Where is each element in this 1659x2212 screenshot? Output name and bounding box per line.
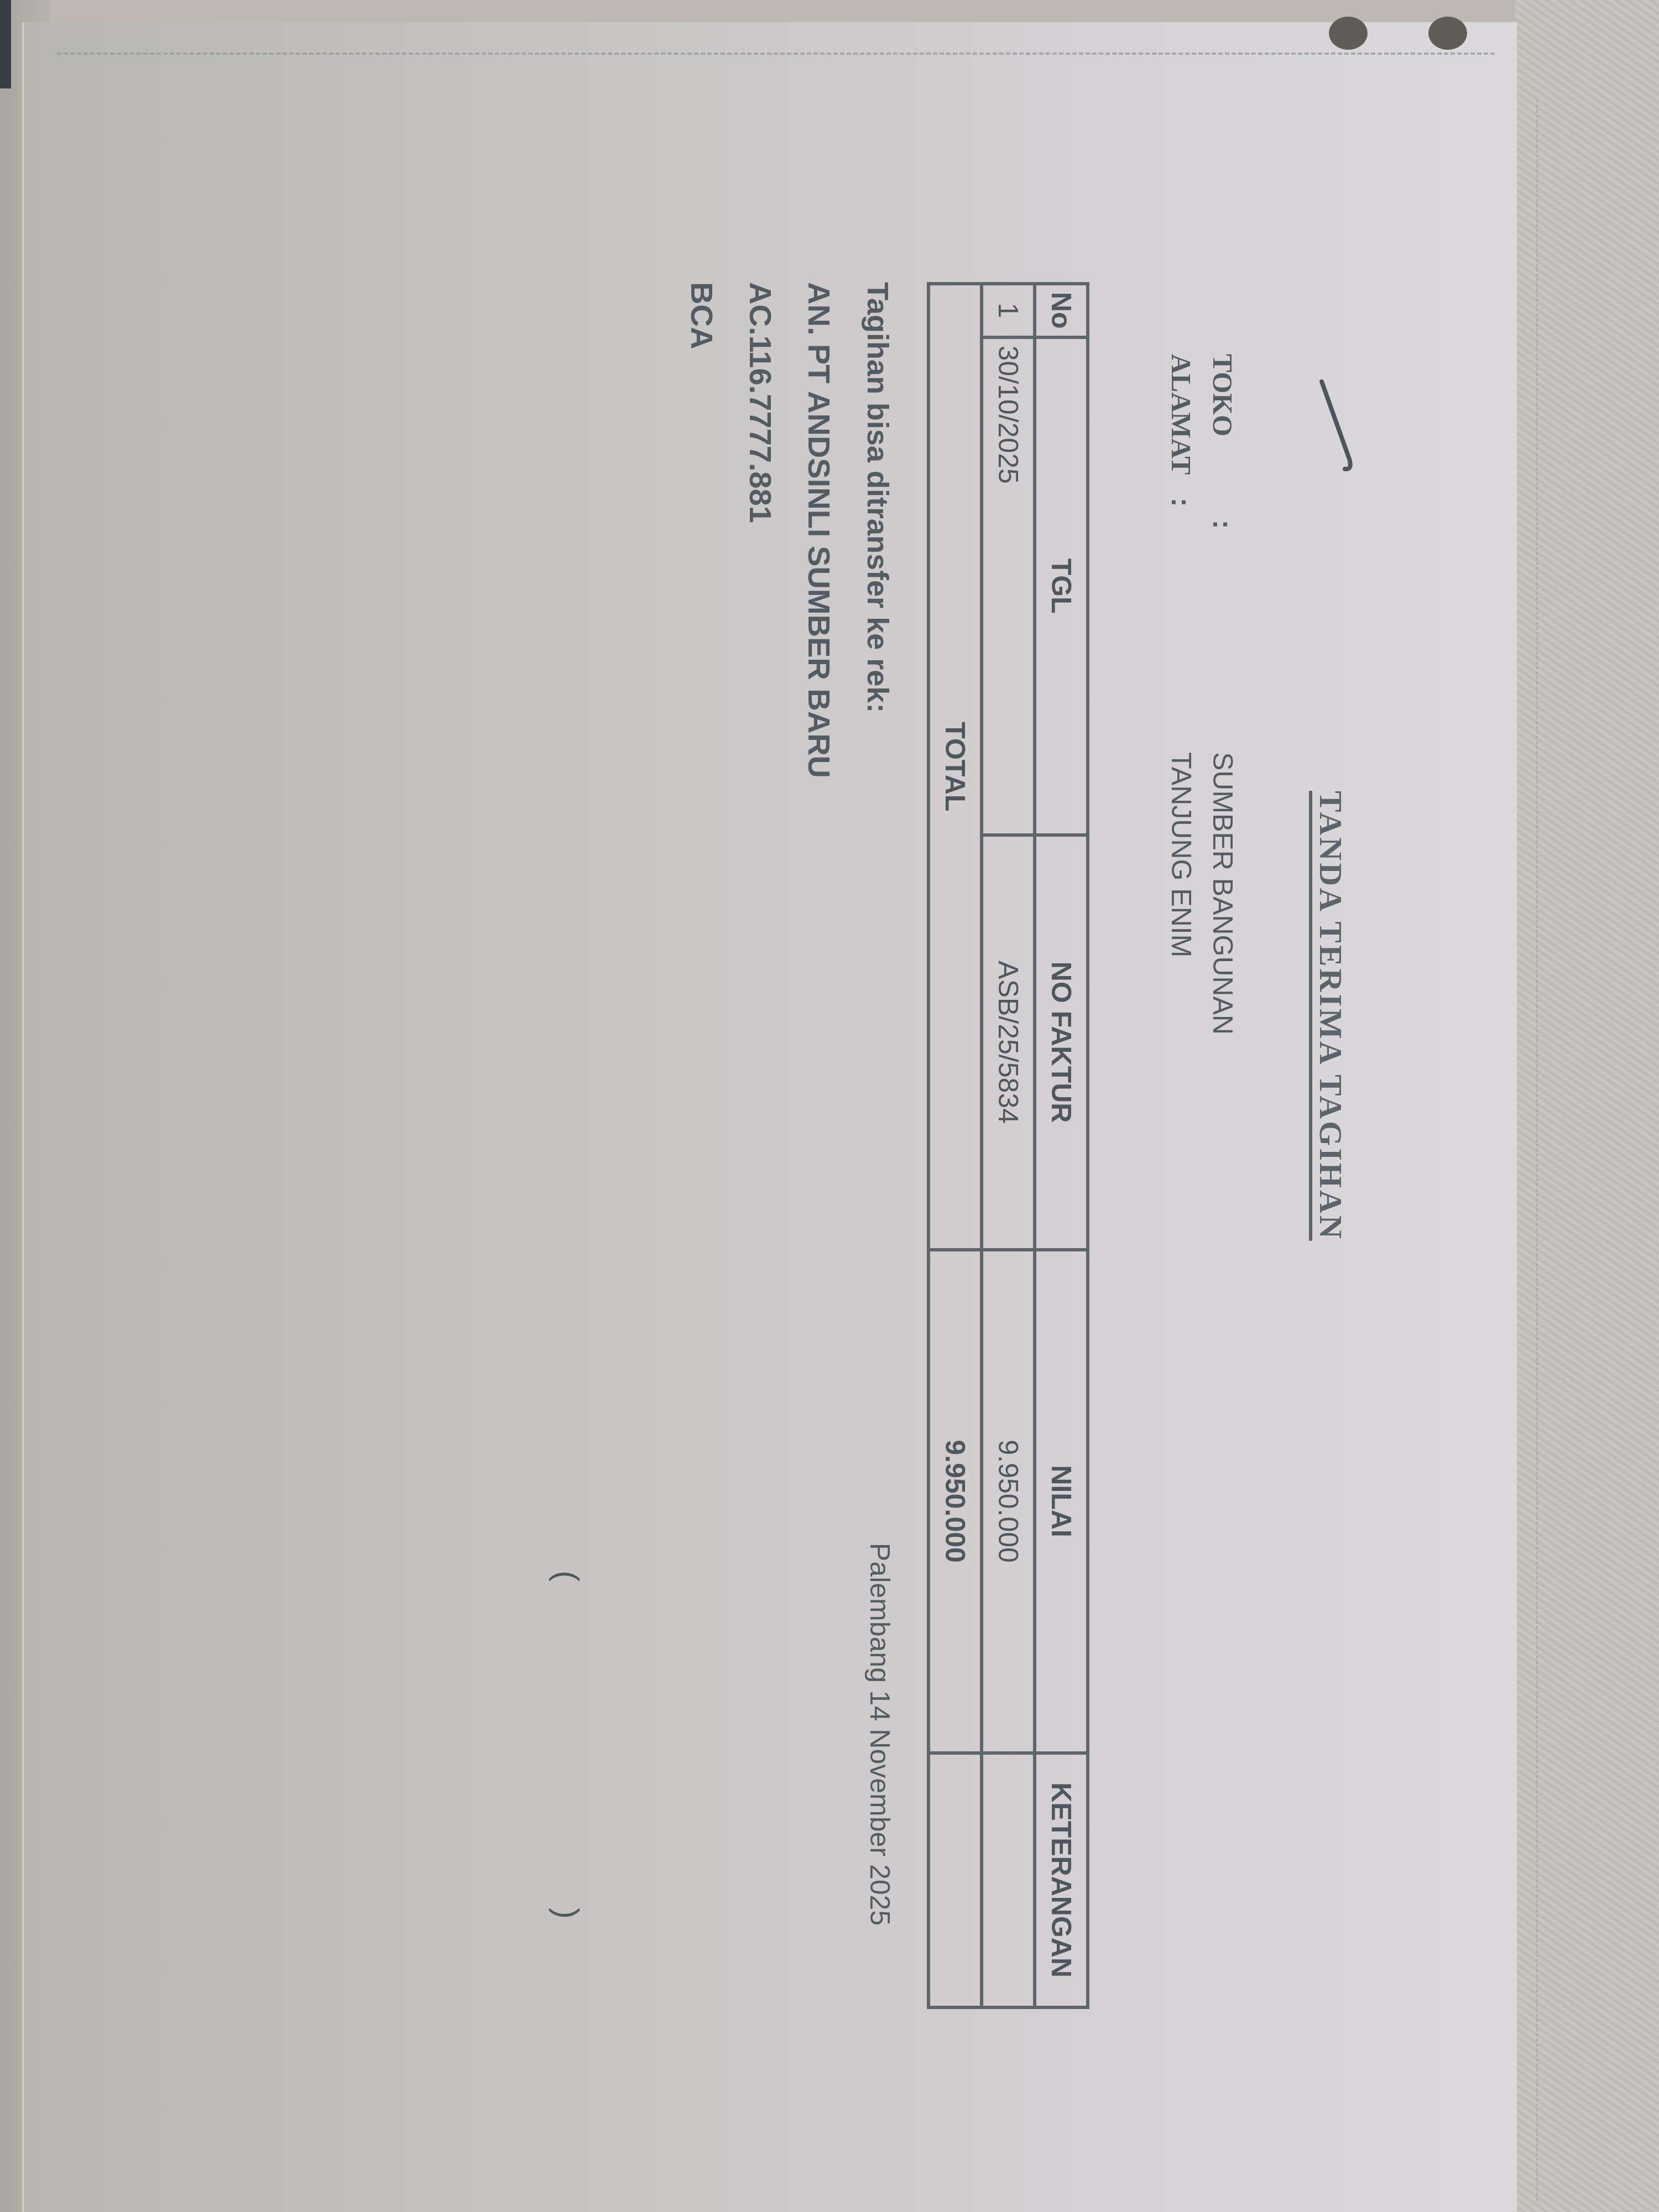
document-title: TANDA TERIMA TAGIHAN [1312,791,1349,1241]
alamat-label: ALAMAT [1165,354,1197,520]
perforation-line-right [1536,100,1538,2201]
bank-name: BCA [672,282,731,778]
punch-hole [1428,17,1467,50]
total-label: TOTAL [928,284,982,1250]
header-nilai: NILAI [1035,1250,1088,1753]
table-total-row: TOTAL 9.950.000 [928,284,982,2007]
transfer-instruction: Tagihan bisa ditransfer ke rek: [848,282,907,778]
toko-value: SUMBER BANGUNAN [1207,752,1239,1035]
alamat-value: TANJUNG ENIM [1165,752,1197,957]
invoice-table: No TGL NO FAKTUR NILAI KETERANGAN 1 30/1… [927,282,1089,2009]
cell-keterangan [982,1753,1035,2007]
header-keterangan: KETERANGAN [1035,1753,1088,2007]
table-row: 1 30/10/2025 ASB/25/5834 9.950.000 [982,284,1035,2007]
cell-no-faktur: ASB/25/5834 [982,835,1035,1250]
punch-hole [1329,17,1368,50]
toko-label: TOKO [1207,354,1239,520]
check-mark-icon [1316,376,1360,476]
clip-edge [0,0,11,88]
cell-nilai: 9.950.000 [982,1250,1035,1753]
header-no-faktur: NO FAKTUR [1035,835,1088,1250]
total-keterangan [928,1753,982,2007]
toko-separator: : [1207,520,1239,529]
perforation-line [57,53,1495,55]
header-no: No [1035,284,1088,337]
alamat-separator: : [1165,498,1197,507]
total-value: 9.950.000 [928,1250,982,1753]
cell-no: 1 [982,284,1035,337]
signature-close-paren: ) [548,1908,586,1919]
place-date: Palembang 14 November 2025 [864,1543,896,1926]
account-name: AN. PT ANDSINLI SUMBER BARU [790,282,848,778]
signature-open-paren: ( [548,1571,586,1582]
transfer-info: Tagihan bisa ditransfer ke rek: AN. PT A… [672,282,907,778]
header-tgl: TGL [1035,337,1088,835]
invoice-receipt-document: TANDA TERIMA TAGIHAN TOKO : SUMBER BANGU… [77,310,1349,2135]
cell-tgl: 30/10/2025 [982,337,1035,835]
account-number: AC.116.7777.881 [731,282,790,778]
table-header-row: No TGL NO FAKTUR NILAI KETERANGAN [1035,284,1088,2007]
